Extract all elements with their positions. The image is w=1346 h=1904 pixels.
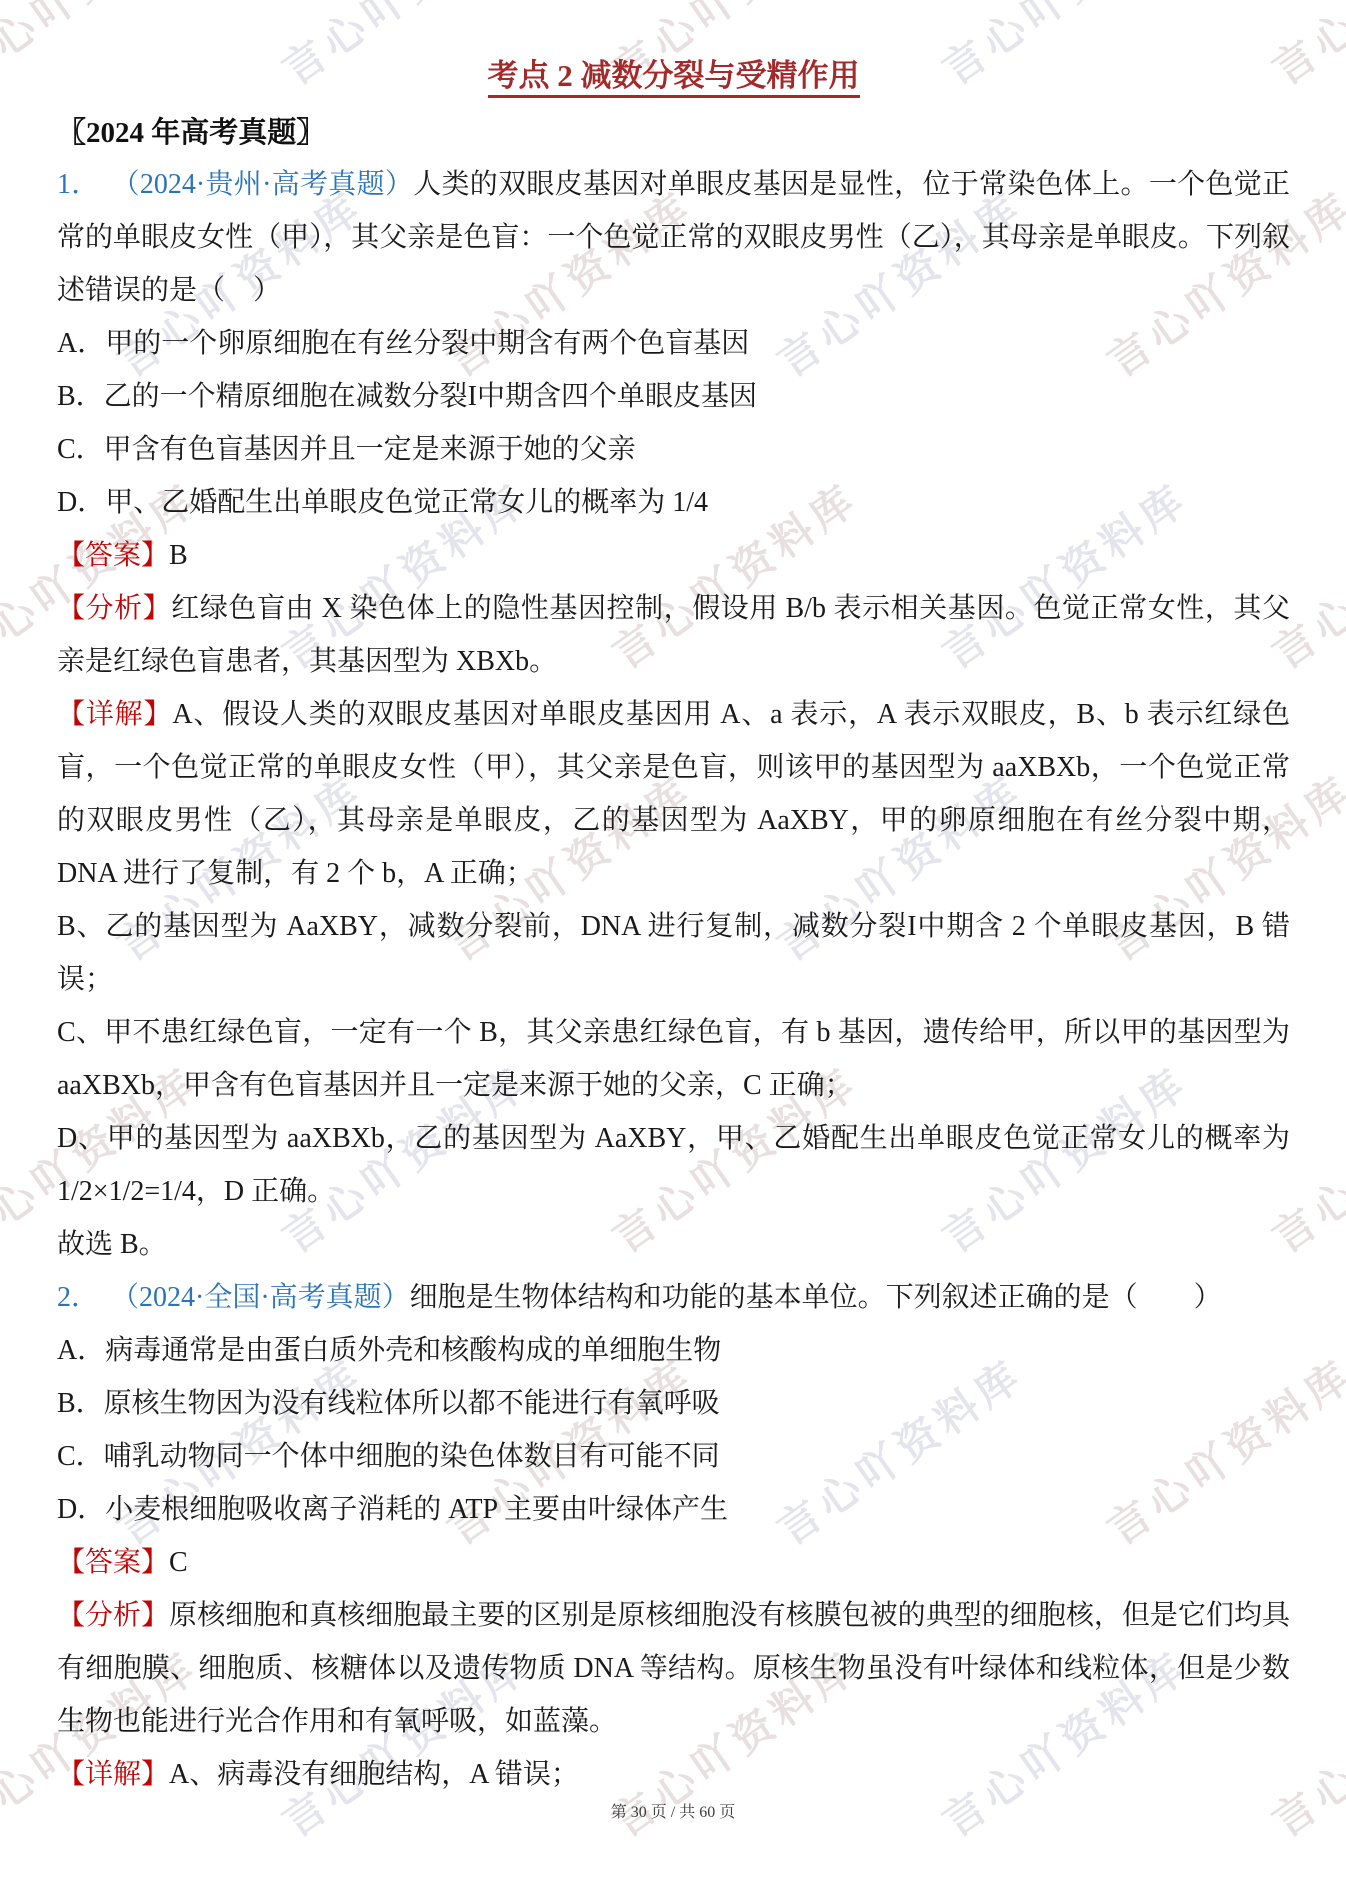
question-2-answer-value: C bbox=[169, 1547, 188, 1578]
question-2-stem: 2．（2024·全国·高考真题）细胞是生物体结构和功能的基本单位。下列叙述正确的… bbox=[57, 1271, 1290, 1324]
answer-label: 【答案】 bbox=[57, 540, 169, 571]
question-2-answer-line: 【答案】C bbox=[57, 1536, 1290, 1589]
question-2-option-c: C．哺乳动物同一个体中细胞的染色体数目有可能不同 bbox=[57, 1430, 1290, 1483]
page-title: 考点 2 减数分裂与受精作用 bbox=[57, 54, 1290, 98]
question-1-analysis-text: 红绿色盲由 X 染色体上的隐性基因控制，假设用 B/b 表示相关基因。色觉正常女… bbox=[57, 593, 1290, 677]
page-content: 考点 2 减数分裂与受精作用 〖2024 年高考真题〗 1．（2024·贵州·高… bbox=[0, 0, 1346, 1801]
question-1: 1．（2024·贵州·高考真题）人类的双眼皮基因对单眼皮基因是显性，位于常染色体… bbox=[57, 158, 1290, 1271]
answer-label: 【答案】 bbox=[57, 1547, 169, 1578]
question-2-number: 2． bbox=[57, 1282, 99, 1313]
question-2-analysis: 【分析】原核细胞和真核细胞最主要的区别是原核细胞没有核膜包被的典型的细胞核，但是… bbox=[57, 1589, 1290, 1748]
question-1-answer-value: B bbox=[169, 540, 188, 571]
question-1-option-a: A．甲的一个卵原细胞在有丝分裂中期含有两个色盲基因 bbox=[57, 317, 1290, 370]
question-1-option-b: B．乙的一个精原细胞在减数分裂I中期含四个单眼皮基因 bbox=[57, 370, 1290, 423]
question-1-detail-d: D、甲的基因型为 aaXBXb，乙的基因型为 AaXBY，甲、乙婚配生出单眼皮色… bbox=[57, 1112, 1290, 1218]
question-1-stem: 1．（2024·贵州·高考真题）人类的双眼皮基因对单眼皮基因是显性，位于常染色体… bbox=[57, 158, 1290, 317]
question-1-option-c: C．甲含有色盲基因并且一定是来源于她的父亲 bbox=[57, 423, 1290, 476]
page-number-footer: 第 30 页 / 共 60 页 bbox=[0, 1799, 1346, 1822]
question-1-detail-b: B、乙的基因型为 AaXBY，减数分裂前，DNA 进行复制，减数分裂I中期含 2… bbox=[57, 900, 1290, 1006]
page-title-text: 考点 2 减数分裂与受精作用 bbox=[488, 58, 860, 98]
document-page: 言心吖资料库言心吖资料库言心吖资料库言心吖资料库言心吖资料库言心吖资料库言心吖资… bbox=[0, 0, 1346, 1904]
question-1-number: 1． bbox=[57, 169, 100, 200]
analysis-label: 【分析】 bbox=[57, 1600, 169, 1631]
question-1-detail-a-text: A、假设人类的双眼皮基因对单眼皮基因用 A、a 表示，A 表示双眼皮，B、b 表… bbox=[57, 699, 1290, 889]
question-1-source: （2024·贵州·高考真题） bbox=[126, 169, 414, 200]
question-2-option-b: B．原核生物因为没有线粒体所以都不能进行有氧呼吸 bbox=[57, 1377, 1290, 1430]
detail-label: 【详解】 bbox=[57, 699, 172, 730]
question-1-analysis: 【分析】红绿色盲由 X 染色体上的隐性基因控制，假设用 B/b 表示相关基因。色… bbox=[57, 582, 1290, 688]
question-2-stem-text: 细胞是生物体结构和功能的基本单位。下列叙述正确的是（ ） bbox=[410, 1282, 1222, 1313]
question-1-conclusion: 故选 B。 bbox=[57, 1218, 1290, 1271]
question-1-answer-line: 【答案】B bbox=[57, 529, 1290, 582]
question-1-detail-a: 【详解】A、假设人类的双眼皮基因对单眼皮基因用 A、a 表示，A 表示双眼皮，B… bbox=[57, 688, 1290, 900]
question-2-detail-a: 【详解】A、病毒没有细胞结构，A 错误； bbox=[57, 1748, 1290, 1801]
question-2-option-d: D．小麦根细胞吸收离子消耗的 ATP 主要由叶绿体产生 bbox=[57, 1483, 1290, 1536]
question-2-source: （2024·全国·高考真题） bbox=[125, 1282, 410, 1313]
detail-label: 【详解】 bbox=[57, 1759, 169, 1790]
question-2-option-a: A．病毒通常是由蛋白质外壳和核酸构成的单细胞生物 bbox=[57, 1324, 1290, 1377]
question-1-detail-c: C、甲不患红绿色盲，一定有一个 B，其父亲患红绿色盲，有 b 基因，遗传给甲，所… bbox=[57, 1006, 1290, 1112]
question-1-option-d: D．甲、乙婚配生出单眼皮色觉正常女儿的概率为 1/4 bbox=[57, 476, 1290, 529]
question-2-analysis-text: 原核细胞和真核细胞最主要的区别是原核细胞没有核膜包被的典型的细胞核，但是它们均具… bbox=[57, 1600, 1290, 1737]
section-header: 〖2024 年高考真题〗 bbox=[57, 108, 1290, 158]
analysis-label: 【分析】 bbox=[57, 593, 171, 624]
question-2-detail-a-text: A、病毒没有细胞结构，A 错误； bbox=[169, 1759, 579, 1790]
question-2: 2．（2024·全国·高考真题）细胞是生物体结构和功能的基本单位。下列叙述正确的… bbox=[57, 1271, 1290, 1801]
